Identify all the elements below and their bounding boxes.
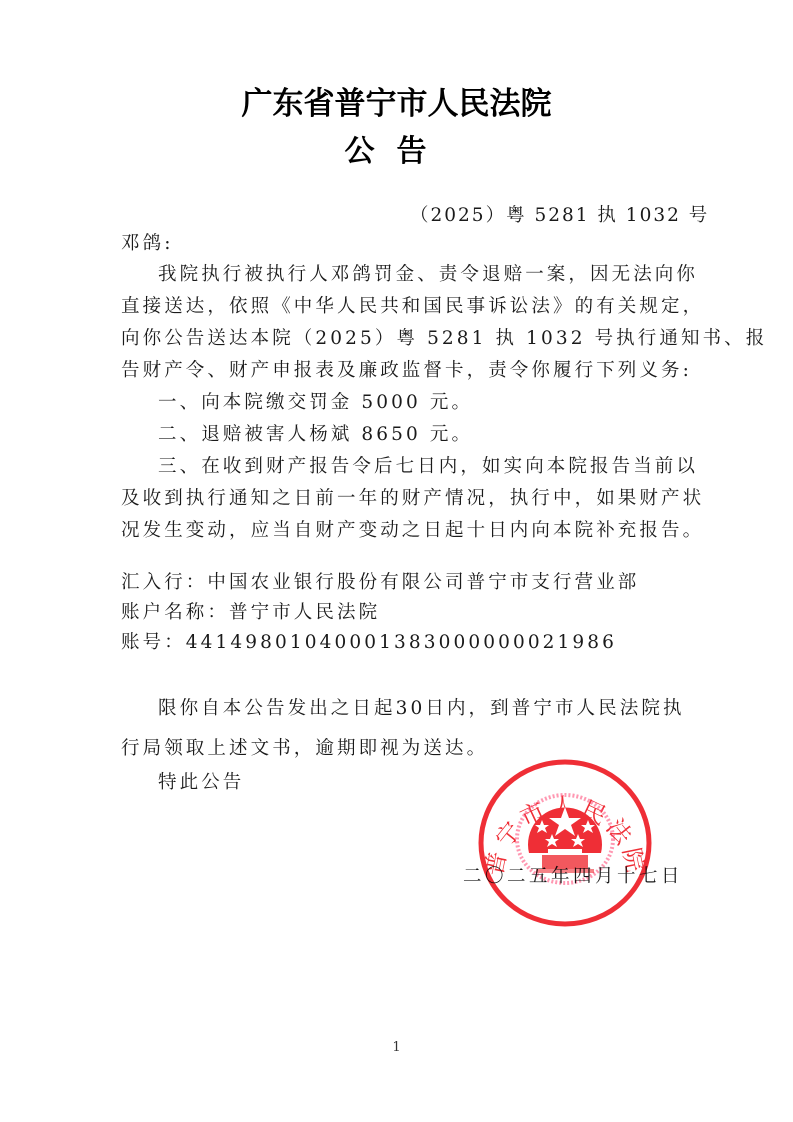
deadline-line: 限你自本公告发出之日起30日内，到普宁市人民法院执	[158, 697, 685, 721]
obligation-item: 二、退赔被害人杨斌 8650 元。	[158, 423, 473, 447]
body-line: 我院执行被执行人邓鸽罚金、责令退赔一案，因无法向你	[158, 263, 698, 287]
obligation-item: 一、向本院缴交罚金 5000 元。	[158, 391, 473, 415]
bank-line: 汇入行：中国农业银行股份有限公司普宁市支行营业部	[121, 571, 639, 595]
addressee: 邓鸽:	[121, 232, 174, 256]
doc-type-text: 公告	[345, 134, 449, 169]
body-line: 告财产令、财产申报表及廉政监督卡，责令你履行下列义务:	[121, 359, 692, 383]
obligation-continued: 及收到执行通知之日前一年的财产情况，执行中，如果财产状	[121, 487, 704, 511]
court-name-heading: 广东省普宁市人民法院	[0, 78, 793, 123]
page-number: 1	[0, 1040, 793, 1055]
obligation-item: 三、在收到财产报告令后七日内，如实向本院报告当前以	[158, 455, 698, 479]
doc-type-heading: 公告	[0, 126, 793, 170]
account-name-line: 账户名称：普宁市人民法院	[121, 601, 380, 625]
body-line: 直接送达，依照《中华人民共和国民事诉讼法》的有关规定，	[121, 295, 704, 319]
body-line: 向你公告送达本院（2025）粤 5281 执 1032 号执行通知书、报	[121, 327, 767, 351]
court-seal-icon: 普宁市人民法院	[476, 757, 654, 929]
obligation-continued: 况发生变动，应当自财产变动之日起十日内向本院补充报告。	[121, 519, 704, 543]
deadline-line: 行局领取上述文书，逾期即视为送达。	[121, 737, 488, 761]
case-number: （2025）粤 5281 执 1032 号	[410, 201, 709, 227]
account-number-line: 账号：44149801040001383000000021986	[121, 631, 617, 655]
closing-text: 特此公告	[158, 771, 244, 795]
